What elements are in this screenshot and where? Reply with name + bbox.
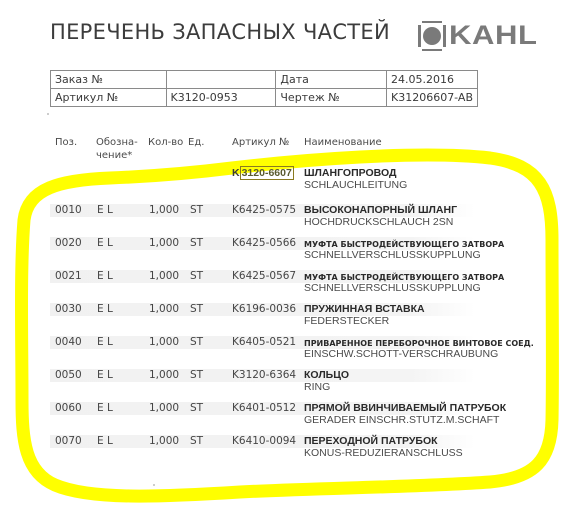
assembly-article: K3120-6607	[232, 167, 294, 180]
cell-pos: 0021	[55, 270, 82, 283]
cell-qty: 1,000	[149, 270, 179, 283]
date-value: 24.05.2016	[386, 71, 477, 89]
col-header-name: Наименование	[304, 136, 382, 149]
cell-qty: 1,000	[149, 303, 179, 316]
cell-unit: ST	[190, 270, 203, 283]
cell-name-de: RING	[304, 381, 330, 393]
drawing-label: Чертеж №	[276, 89, 387, 107]
cell-unit: ST	[190, 237, 203, 250]
cell-designation: E L	[97, 369, 113, 382]
header-info-table: Заказ № Дата 24.05.2016 Артикул № K3120-…	[50, 70, 478, 107]
order-value	[166, 71, 276, 89]
article-label: Артикул №	[51, 89, 167, 107]
cell-qty: 1,000	[149, 336, 179, 349]
cell-article: K6425-0567	[232, 270, 296, 283]
brand-logo: KAHL	[418, 20, 526, 51]
col-header-designation: Обозна- чение*	[96, 136, 138, 162]
cell-article: K6196-0036	[232, 303, 296, 316]
page-title: ПЕРЕЧЕНЬ ЗАПАСНЫХ ЧАСТЕЙ	[50, 20, 390, 44]
logo-text: KAHL	[449, 20, 538, 51]
table-row: 0021E L1,000STK6425-0567МУФТА БЫСТРОДЕЙС…	[0, 270, 564, 300]
cell-designation: E L	[97, 402, 113, 415]
cell-unit: ST	[190, 336, 203, 349]
table-row: 0040E L1,000STK6405-0521ПРИВАРЕННОЕ ПЕРЕ…	[0, 336, 564, 366]
scan-speck	[153, 484, 155, 486]
cell-pos: 0010	[55, 204, 82, 217]
kahl-logo-icon	[418, 21, 446, 51]
cell-designation: E L	[97, 237, 113, 250]
table-row: 0010E L1,000STK6425-0575ВЫСОКОНАПОРНЫЙ Ш…	[0, 204, 564, 234]
cell-unit: ST	[190, 204, 203, 217]
cell-qty: 1,000	[149, 435, 179, 448]
table-row: 0070E L1,000STK6410-0094ПЕРЕХОДНОЙ ПАТРУ…	[0, 435, 564, 465]
cell-article: K6401-0512	[232, 402, 296, 415]
table-row: 0020E L1,000STK6425-0566МУФТА БЫСТРОДЕЙС…	[0, 237, 564, 267]
table-row: 0050E L1,000STK3120-6364КОЛЬЦОRING	[0, 369, 564, 399]
cell-name-de: KONUS-REDUZIERANSCHLUSS	[304, 447, 463, 459]
assembly-article-prefix: K	[232, 167, 240, 179]
cell-pos: 0020	[55, 237, 82, 250]
cell-designation: E L	[97, 204, 113, 217]
cell-qty: 1,000	[149, 402, 179, 415]
cell-article: K6410-0094	[232, 435, 296, 448]
cell-pos: 0040	[55, 336, 82, 349]
cell-designation: E L	[97, 270, 113, 283]
cell-name-de: GERADER EINSCHR.STUTZ.M.SCHAFT	[304, 414, 499, 426]
cell-unit: ST	[190, 435, 203, 448]
col-header-article: Артикул №	[232, 136, 289, 149]
table-row: 0030E L1,000STK6196-0036ПРУЖИННАЯ ВСТАВК…	[0, 303, 564, 333]
col-header-designation-line2: чение*	[96, 149, 138, 162]
cell-article: K3120-6364	[232, 369, 296, 382]
cell-unit: ST	[190, 369, 203, 382]
col-header-qty: Кол-во	[148, 136, 183, 149]
cell-unit: ST	[190, 303, 203, 316]
cell-name-de: SCHNELLVERSCHLUSSKUPPLUNG	[304, 282, 481, 294]
date-label: Дата	[276, 71, 387, 89]
cell-pos: 0070	[55, 435, 82, 448]
cell-designation: E L	[97, 336, 113, 349]
article-value: K3120-0953	[166, 89, 276, 107]
cell-name-de: HOCHDRUCKSCHLAUCH 2SN	[304, 216, 453, 228]
col-header-designation-line1: Обозна-	[96, 136, 138, 149]
assembly-name-de: SCHLAUCHLEITUNG	[304, 179, 407, 191]
cell-designation: E L	[97, 303, 113, 316]
drawing-value: K31206607-AB	[386, 89, 477, 107]
order-label: Заказ №	[51, 71, 167, 89]
cell-article: K6425-0566	[232, 237, 296, 250]
scan-speck	[47, 113, 49, 115]
assembly-row: K3120-6607 ШЛАНГОПРОВОД SCHLAUCHLEITUNG	[0, 167, 564, 197]
assembly-article-boxed: 3120-6607	[240, 166, 294, 180]
cell-pos: 0060	[55, 402, 82, 415]
cell-name-de: EINSCHW.SCHOTT-VERSCHRAUBUNG	[304, 348, 498, 360]
cell-qty: 1,000	[149, 204, 179, 217]
table-row: 0060E L1,000STK6401-0512ПРЯМОЙ ВВИНЧИВАЕ…	[0, 402, 564, 432]
col-header-unit: Ед.	[188, 136, 204, 149]
cell-name-de: SCHNELLVERSCHLUSSKUPPLUNG	[304, 249, 481, 261]
cell-article: K6425-0575	[232, 204, 296, 217]
cell-article: K6405-0521	[232, 336, 296, 349]
cell-pos: 0030	[55, 303, 82, 316]
cell-designation: E L	[97, 435, 113, 448]
col-header-pos: Поз.	[55, 136, 77, 149]
cell-qty: 1,000	[149, 369, 179, 382]
cell-name-de: FEDERSTECKER	[304, 315, 389, 327]
cell-unit: ST	[190, 402, 203, 415]
cell-pos: 0050	[55, 369, 82, 382]
cell-qty: 1,000	[149, 237, 179, 250]
